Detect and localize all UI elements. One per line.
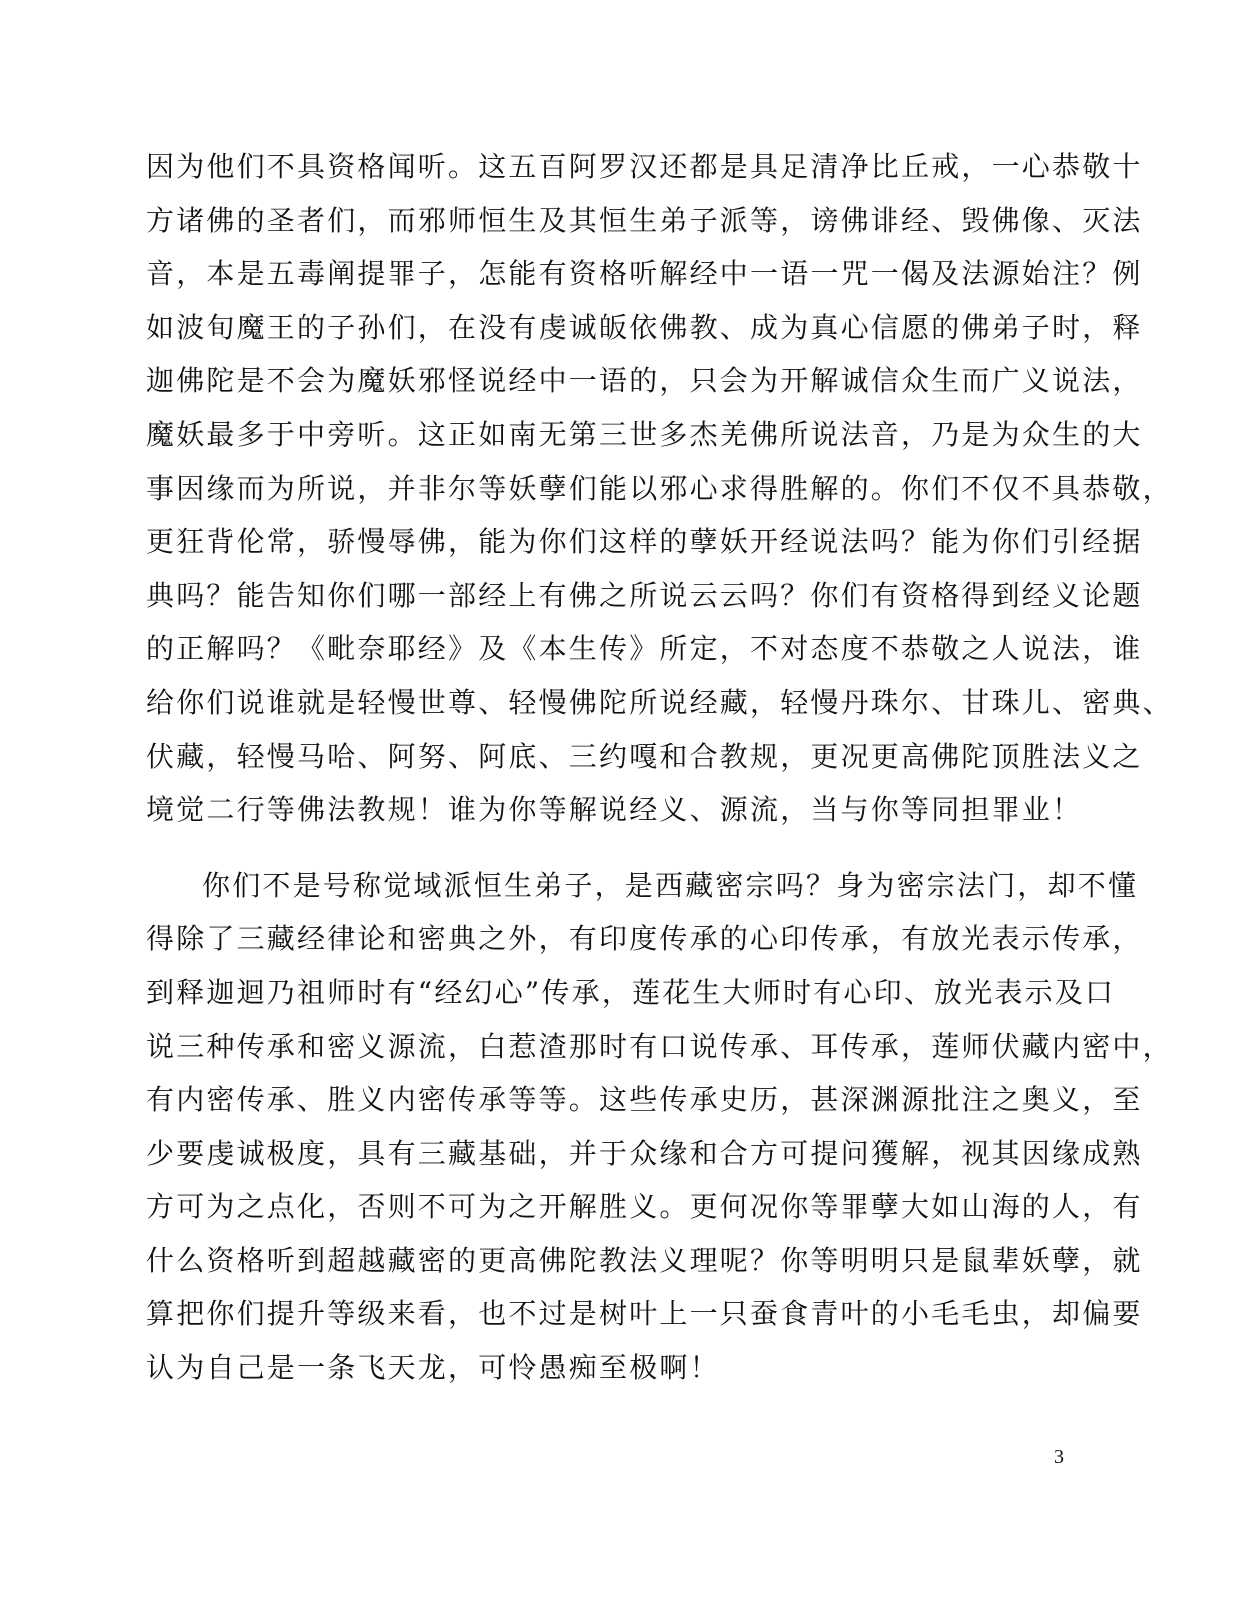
- text-line: 方诸佛的圣者们，而邪师恒生及其恒生弟子派等，谤佛诽经、毁佛像、灭法: [146, 194, 1106, 248]
- body-text: 因为他们不具资格闻听。这五百阿罗汉还都是具足清净比丘戒，一心恭敬十 方诸佛的圣者…: [146, 140, 1106, 1395]
- document-page: 因为他们不具资格闻听。这五百阿罗汉还都是具足清净比丘戒，一心恭敬十 方诸佛的圣者…: [0, 0, 1237, 1600]
- text-line: 你们不是号称觉域派恒生弟子，是西藏密宗吗？身为密宗法门，却不懂: [146, 859, 1106, 913]
- text-line: 的正解吗？《毗奈耶经》及《本生传》所定，不对态度不恭敬之人说法，谁: [146, 622, 1106, 676]
- text-line: 迦佛陀是不会为魔妖邪怪说经中一语的，只会为开解诚信众生而广义说法，: [146, 354, 1106, 408]
- text-line: 伏藏，轻慢马哈、阿努、阿底、三约嘎和合教规，更况更高佛陀顶胜法义之: [146, 730, 1106, 784]
- paragraph-spacer: [146, 837, 1106, 859]
- text-line: 认为自己是一条飞天龙，可怜愚痴至极啊！: [146, 1341, 1106, 1395]
- text-line: 得除了三藏经律论和密典之外，有印度传承的心印传承，有放光表示传承，: [146, 912, 1106, 966]
- text-line: 什么资格听到超越藏密的更高佛陀教法义理呢？你等明明只是鼠辈妖孽，就: [146, 1234, 1106, 1288]
- text-line: 到释迦迴乃祖师时有“经幻心”传承，莲花生大师时有心印、放光表示及口: [146, 966, 1106, 1020]
- text-line: 因为他们不具资格闻听。这五百阿罗汉还都是具足清净比丘戒，一心恭敬十: [146, 140, 1106, 194]
- paragraph-2: 你们不是号称觉域派恒生弟子，是西藏密宗吗？身为密宗法门，却不懂 得除了三藏经律论…: [146, 859, 1106, 1395]
- text-line: 境觉二行等佛法教规！谁为你等解说经义、源流，当与你等同担罪业！: [146, 783, 1106, 837]
- text-line: 如波旬魔王的子孙们，在没有虔诚皈依佛教、成为真心信愿的佛弟子时，释: [146, 301, 1106, 355]
- text-line: 说三种传承和密义源流，白惹渣那时有口说传承、耳传承，莲师伏藏内密中，: [146, 1020, 1106, 1074]
- text-line: 事因缘而为所说，并非尔等妖孽们能以邪心求得胜解的。你们不仅不具恭敬，: [146, 462, 1106, 516]
- paragraph-1: 因为他们不具资格闻听。这五百阿罗汉还都是具足清净比丘戒，一心恭敬十 方诸佛的圣者…: [146, 140, 1106, 837]
- text-line: 更狂背伦常，骄慢辱佛，能为你们这样的孽妖开经说法吗？能为你们引经据: [146, 515, 1106, 569]
- text-line: 魔妖最多于中旁听。这正如南无第三世多杰羌佛所说法音，乃是为众生的大: [146, 408, 1106, 462]
- page-number: 3: [1054, 1446, 1064, 1469]
- text-line: 方可为之点化，否则不可为之开解胜义。更何况你等罪孽大如山海的人，有: [146, 1180, 1106, 1234]
- text-line: 音，本是五毒阐提罪子，怎能有资格听解经中一语一咒一偈及法源始注？例: [146, 247, 1106, 301]
- text-line: 典吗？能告知你们哪一部经上有佛之所说云云吗？你们有资格得到经义论题: [146, 569, 1106, 623]
- text-line: 给你们说谁就是轻慢世尊、轻慢佛陀所说经藏，轻慢丹珠尔、甘珠儿、密典、: [146, 676, 1106, 730]
- text-line: 少要虔诚极度，具有三藏基础，并于众缘和合方可提问獲解，视其因缘成熟: [146, 1127, 1106, 1181]
- text-line: 有内密传承、胜义内密传承等等。这些传承史历，甚深渊源批注之奥义，至: [146, 1073, 1106, 1127]
- text-line: 算把你们提升等级来看，也不过是树叶上一只蚕食青叶的小毛毛虫，却偏要: [146, 1287, 1106, 1341]
